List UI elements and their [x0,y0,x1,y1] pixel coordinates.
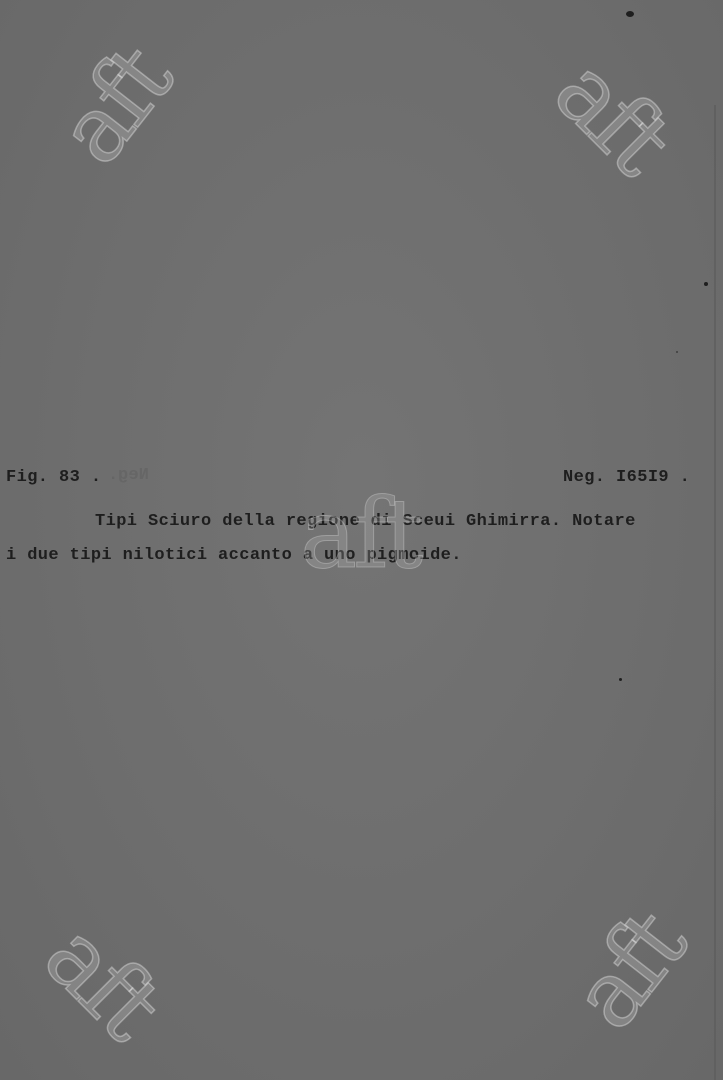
ink-speck [619,678,622,681]
watermark-top-left: aft [44,33,187,179]
ink-speck [626,11,634,17]
watermark-bottom-left: aft [29,908,175,1054]
ink-speck [704,282,708,286]
document-page: Neg. Fig. 83 . Neg. I65I9 . Tipi Sciuro … [0,0,723,1080]
bleed-through-text: Neg. [108,466,149,485]
negative-label: Neg. I65I9 . [563,469,690,486]
watermark-center: aft [300,486,419,582]
page-edge-line [714,105,716,1080]
watermark-bottom-right: aft [558,898,701,1044]
figure-label: Fig. 83 . [6,469,101,486]
ink-speck [676,351,678,353]
watermark-top-right: aft [539,43,685,189]
